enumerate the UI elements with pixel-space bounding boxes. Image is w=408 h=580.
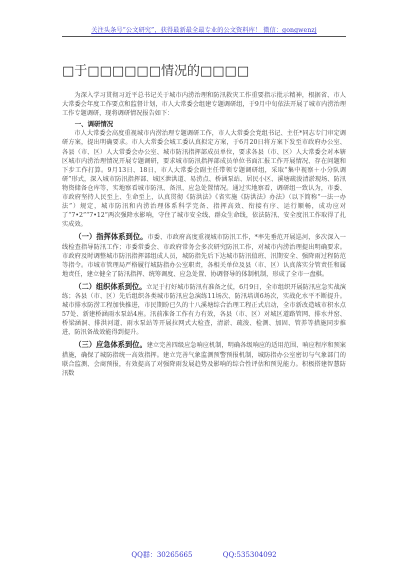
qq-number: QQ:535304092 [223,550,277,560]
subsection-heading: （三）应急体系到位。 [74,340,146,349]
document-page: 关注头条号“公文研究”，获得最新最全最专业的公文资料库！ 微信：gongwenz… [0,0,408,580]
subsection-heading: （一）指挥体系到位。 [74,232,147,241]
research-status-paragraph: 市人大常委会高度重视城市内涝治理专题调研工作，市人大常委会党组书记、主任*同志专… [62,129,346,229]
section-heading-research-status: 一、调研情况 [62,120,346,129]
qq-group-number: QQ群：30265665 [131,550,192,560]
header-promo-banner[interactable]: 关注头条号“公文研究”，获得最新最全最专业的公文资料库！ 微信：gongwenz… [62,26,346,37]
page-title: □于□□□□□□情况的□□□□ [62,64,352,80]
document-body: 为深入学习贯彻习近平总书记关于城市内涝治理和防汛救灾工作重要指示批示精神，根据省… [62,91,346,378]
subsection-organization-system: （二）组织体系到位。立足于打好城市防汛有准备之仗，6月9日，全市组织开展防汛应急… [62,282,346,338]
subsection-heading: （二）组织体系到位。 [74,282,146,291]
subsection-body: 立足于打好城市防汛有准备之仗，6月9日，全市组织开展防汛应急实战演练；各县（市、… [62,284,346,336]
footer-contacts: QQ群：30265665 QQ:535304092 [0,550,408,560]
intro-paragraph: 为深入学习贯彻习近平总书记关于城市内涝治理和防汛救灾工作重要指示批示精神，根据省… [62,91,346,118]
subsection-emergency-system: （三）应急体系到位。建立完善四级应急响应机制，明确各级响应的适用范围、响应程序和… [62,340,346,377]
subsection-command-system: （一）指挥体系到位。市委、市政府高度重视城市防汛工作，*率先垂范开展巡河，多次深… [62,232,346,278]
